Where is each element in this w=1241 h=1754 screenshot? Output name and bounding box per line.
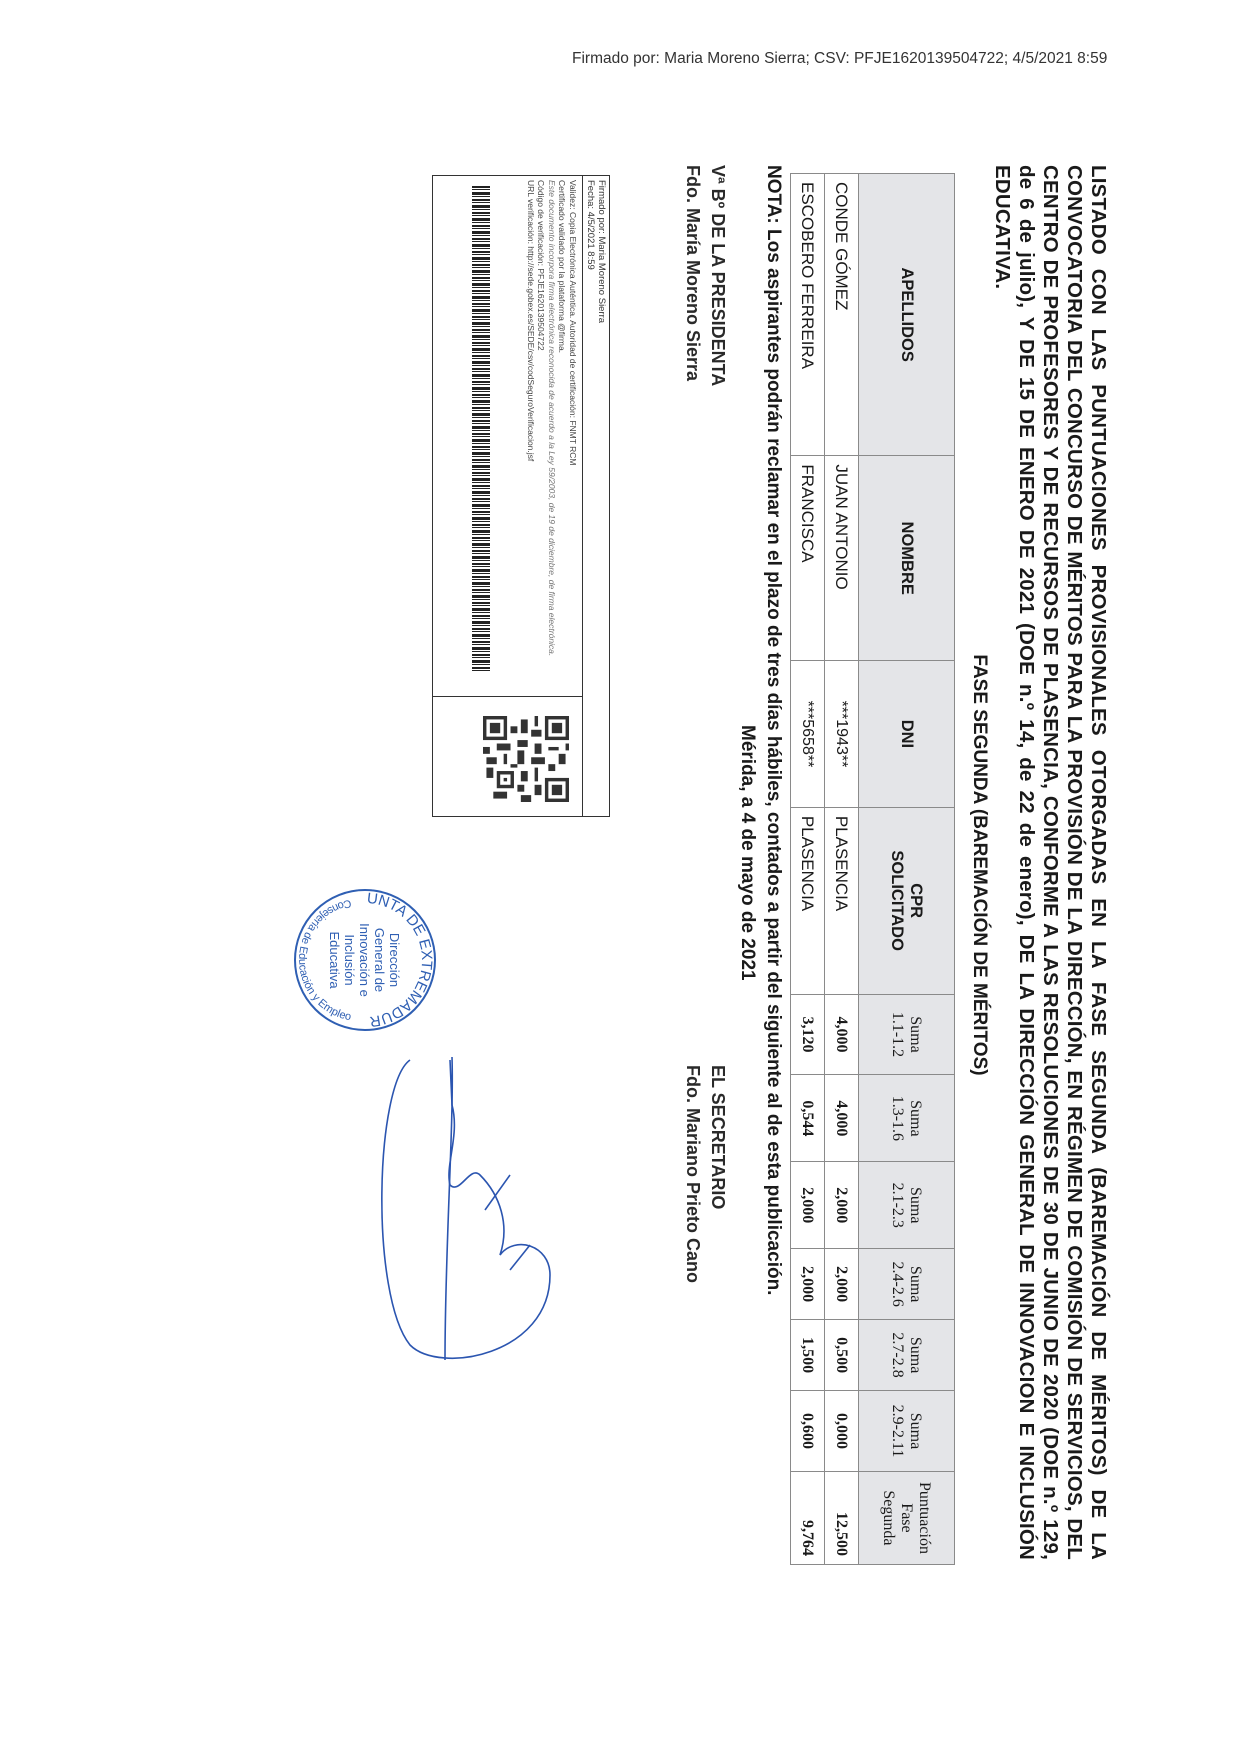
verification-line-platform: Certificado validado por la plataforma @… bbox=[557, 180, 568, 656]
president-name: Fdo. María Moreno Sierra bbox=[680, 165, 705, 386]
header-total-l2: Fase bbox=[899, 1503, 916, 1532]
secretary-role: EL SECRETARIO bbox=[705, 1065, 730, 1283]
verification-text: Validez: Copia Electrónica Auténtica. Au… bbox=[526, 180, 579, 656]
cell-suma-4: 2,000 bbox=[825, 1249, 859, 1320]
qr-code-icon bbox=[483, 716, 569, 802]
cell-suma-1: 3,120 bbox=[791, 994, 825, 1075]
header-suma-6-l2: 2.9-2.11 bbox=[890, 1405, 907, 1458]
claim-note: NOTA: Los aspirantes podrán reclamar en … bbox=[762, 165, 784, 1295]
cell-total: 12,500 bbox=[825, 1471, 859, 1564]
verification-line-validity: Validez: Copia Electrónica Auténtica. Au… bbox=[568, 180, 579, 656]
header-suma-2: Suma1.3-1.6 bbox=[859, 1075, 955, 1162]
header-suma-5-l1: Suma bbox=[908, 1337, 925, 1373]
verification-signed-by: Firmado por: Maria Moreno Sierra bbox=[596, 180, 607, 812]
header-cpr-line1: CPR bbox=[908, 883, 926, 918]
document-subtitle: FASE SEGUNDA (BAREMACIÓN DE MÉRITOS) bbox=[968, 165, 990, 1565]
verification-box: Firmado por: Maria Moreno Sierra Fecha: … bbox=[432, 175, 610, 817]
header-suma-3-l2: 2.1-2.3 bbox=[890, 1183, 907, 1228]
cell-suma-5: 0,500 bbox=[825, 1320, 859, 1391]
verification-body: Validez: Copia Electrónica Auténtica. Au… bbox=[433, 176, 582, 697]
header-suma-2-l2: 1.3-1.6 bbox=[890, 1096, 907, 1141]
handwritten-signature-icon bbox=[370, 1045, 570, 1375]
official-stamp-icon: JUNTA DE EXTREMADURA Consejería de Educa… bbox=[290, 885, 440, 1035]
header-suma-1-l2: 1.1-1.2 bbox=[890, 1012, 907, 1057]
cell-nombre: JUAN ANTONIO bbox=[825, 456, 859, 661]
document-title: LISTADO CON LAS PUNTUACIONES PROVISIONAL… bbox=[990, 165, 1110, 1560]
cell-suma-5: 1,500 bbox=[791, 1320, 825, 1391]
rotated-document-page: LISTADO CON LAS PUNTUACIONES PROVISIONAL… bbox=[120, 165, 1130, 1565]
verification-line-code: Código de verificación: PFJE162013950472… bbox=[536, 180, 547, 656]
place-date: Mérida, a 4 de mayo de 2021 bbox=[736, 725, 758, 981]
stamp-inner-4: Inclusión bbox=[342, 934, 357, 985]
verification-date: Fecha: 4/5/2021 8:59 bbox=[585, 180, 596, 812]
header-cpr: CPRSOLICITADO bbox=[859, 807, 955, 994]
header-suma-2-l1: Suma bbox=[908, 1100, 925, 1136]
cell-suma-2: 0,544 bbox=[791, 1075, 825, 1162]
barcode-icon bbox=[472, 186, 490, 671]
stamp-inner-1: Dirección bbox=[387, 933, 402, 987]
cell-cpr: PLASENCIA bbox=[791, 807, 825, 994]
cell-suma-6: 0,000 bbox=[825, 1391, 859, 1472]
header-total-l3: Segunda bbox=[881, 1490, 898, 1545]
cell-suma-3: 2,000 bbox=[825, 1162, 859, 1249]
secretary-signature-block: EL SECRETARIO Fdo. Mariano Prieto Cano bbox=[680, 1065, 730, 1283]
cell-suma-6: 0,600 bbox=[791, 1391, 825, 1472]
header-suma-5: Suma2.7-2.8 bbox=[859, 1320, 955, 1391]
cell-total: 9,764 bbox=[791, 1471, 825, 1564]
header-puntuacion: PuntuaciónFaseSegunda bbox=[859, 1471, 955, 1564]
digital-signature-header: Firmado por: Maria Moreno Sierra; CSV: P… bbox=[572, 50, 1107, 68]
header-nombre: NOMBRE bbox=[859, 456, 955, 661]
stamp-inner-3: Innovación e bbox=[357, 923, 372, 997]
cell-cpr: PLASENCIA bbox=[825, 807, 859, 994]
cell-apellidos: CONDE GÓMEZ bbox=[825, 174, 859, 456]
cell-suma-4: 2,000 bbox=[791, 1249, 825, 1320]
header-suma-4-l2: 2.4-2.6 bbox=[890, 1261, 907, 1306]
stamp-inner-2: General de bbox=[372, 928, 387, 992]
header-suma-3: Suma2.1-2.3 bbox=[859, 1162, 955, 1249]
header-suma-4-l1: Suma bbox=[908, 1266, 925, 1302]
header-dni: DNI bbox=[859, 661, 955, 808]
stamp-inner-5: Educativa bbox=[327, 931, 342, 989]
cell-suma-2: 4,000 bbox=[825, 1075, 859, 1162]
scores-table: APELLIDOS NOMBRE DNI CPRSOLICITADO Suma1… bbox=[790, 173, 955, 1565]
table-header-row: APELLIDOS NOMBRE DNI CPRSOLICITADO Suma1… bbox=[859, 174, 955, 1565]
cell-nombre: FRANCISCA bbox=[791, 456, 825, 661]
verification-url[interactable]: URL verificación: http://sede.gobex.es/S… bbox=[526, 180, 537, 656]
verification-header: Firmado por: Maria Moreno Sierra Fecha: … bbox=[582, 176, 609, 816]
header-suma-4: Suma2.4-2.6 bbox=[859, 1249, 955, 1320]
table-row: CONDE GÓMEZ JUAN ANTONIO ***1943** PLASE… bbox=[825, 174, 859, 1565]
verification-line-law: Este documento incorpora firma electróni… bbox=[547, 180, 558, 656]
president-role: Vª Bº DE LA PRESIDENTA bbox=[705, 165, 730, 386]
cell-dni: ***5658** bbox=[791, 661, 825, 808]
cell-suma-1: 4,000 bbox=[825, 994, 859, 1075]
header-suma-5-l2: 2.7-2.8 bbox=[890, 1332, 907, 1377]
header-suma-6-l1: Suma bbox=[908, 1413, 925, 1449]
header-suma-3-l1: Suma bbox=[908, 1187, 925, 1223]
header-suma-1: Suma1.1-1.2 bbox=[859, 994, 955, 1075]
secretary-name: Fdo. Mariano Prieto Cano bbox=[680, 1065, 705, 1283]
header-suma-6: Suma2.9-2.11 bbox=[859, 1391, 955, 1472]
header-apellidos: APELLIDOS bbox=[859, 174, 955, 456]
cell-apellidos: ESCOBERO FERREIRA bbox=[791, 174, 825, 456]
header-cpr-line2: SOLICITADO bbox=[889, 850, 907, 951]
president-signature-block: Vª Bº DE LA PRESIDENTA Fdo. María Moreno… bbox=[680, 165, 730, 386]
cell-dni: ***1943** bbox=[825, 661, 859, 808]
header-total-l1: Puntuación bbox=[917, 1482, 934, 1554]
table-row: ESCOBERO FERREIRA FRANCISCA ***5658** PL… bbox=[791, 174, 825, 1565]
cell-suma-3: 2,000 bbox=[791, 1162, 825, 1249]
header-suma-1-l1: Suma bbox=[908, 1016, 925, 1052]
